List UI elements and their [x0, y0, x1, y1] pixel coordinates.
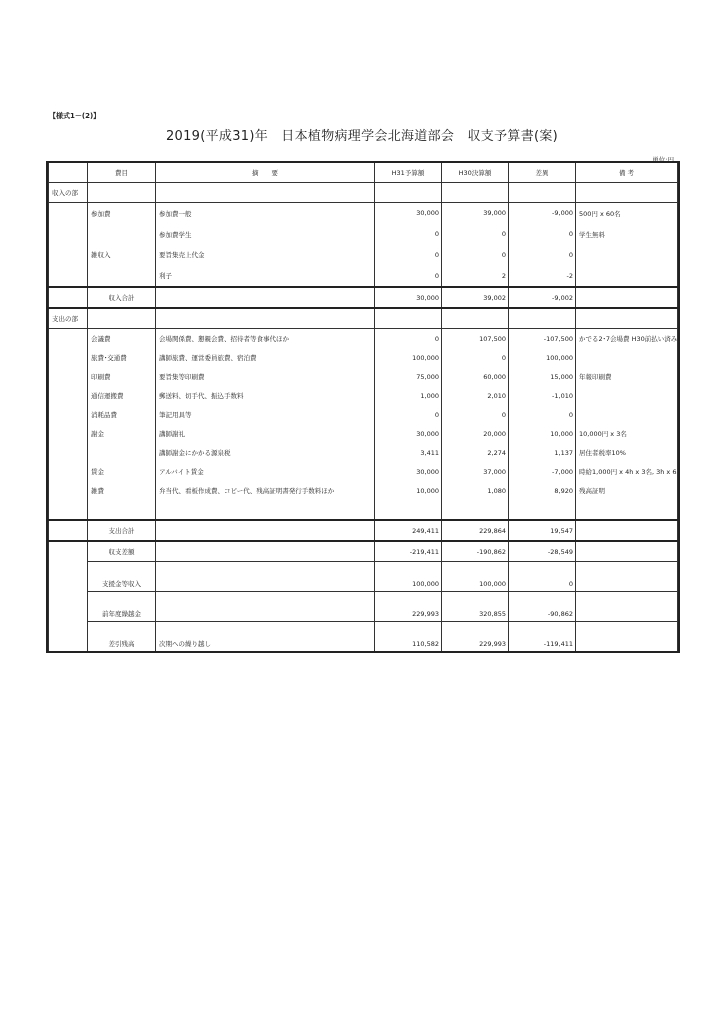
expense-row: 印刷費要旨集等印刷費75,00060,00015,000年報印刷費: [49, 367, 678, 386]
summary-row: 差引残高次期への繰り越し110,582229,993-119,411: [49, 622, 678, 652]
diff-cell: -9,000: [509, 203, 576, 224]
category-cell: 印刷費: [88, 367, 156, 386]
summary-cell: 次期への繰り越し: [156, 622, 375, 652]
h31-cell: 0: [375, 405, 442, 424]
diff-cell: [509, 183, 576, 203]
h30-cell: [442, 183, 509, 203]
section-cell: [49, 481, 88, 500]
income-row: 利子02-2: [49, 265, 678, 287]
diff-cell: -2: [509, 265, 576, 287]
remarks-cell: 居住者税率10%: [576, 443, 678, 462]
section-cell: [49, 443, 88, 462]
diff-cell: 0: [509, 405, 576, 424]
section-cell: [49, 203, 88, 224]
remarks-cell: 時給1,000円 x 4h x 3名, 3h x 6名: [576, 462, 678, 481]
remarks-cell: [576, 622, 678, 652]
summary-cell: 講師謝礼: [156, 424, 375, 443]
income-row: 参加費参加費一般30,00039,000-9,000500円 x 60名: [49, 203, 678, 224]
h30-cell: 60,000: [442, 367, 509, 386]
h30-cell: 107,500: [442, 329, 509, 349]
remarks-cell: [576, 386, 678, 405]
diff-cell: [509, 308, 576, 329]
h31-cell: 110,582: [375, 622, 442, 652]
section-cell: [49, 592, 88, 622]
category-cell: [88, 183, 156, 203]
diff-cell: 100,000: [509, 348, 576, 367]
summary-cell: アルバイト賃金: [156, 462, 375, 481]
summary-cell: 要旨集等印刷費: [156, 367, 375, 386]
expense-spacer-row: [49, 500, 678, 520]
h30-cell: 0: [442, 405, 509, 424]
summary-row-label: 支援金等収入: [88, 562, 156, 592]
summary-cell: 参加費一般: [156, 203, 375, 224]
income-row: 雑収入要旨集売上代金000: [49, 245, 678, 266]
h31-cell: 30,000: [375, 424, 442, 443]
summary-cell: 講師謝金にかかる源泉税: [156, 443, 375, 462]
diff-cell: 19,547: [509, 520, 576, 541]
h30-cell: 39,000: [442, 203, 509, 224]
h31-cell: -219,411: [375, 541, 442, 562]
section-cell: [49, 520, 88, 541]
diff-cell: -107,500: [509, 329, 576, 349]
h31-cell: 30,000: [375, 203, 442, 224]
header-section: [49, 163, 88, 183]
remarks-cell: [576, 405, 678, 424]
header-remarks: 備 考: [576, 163, 678, 183]
remarks-cell: 学生無料: [576, 224, 678, 245]
summary-cell: 利子: [156, 265, 375, 287]
remarks-cell: [576, 592, 678, 622]
category-cell: [88, 224, 156, 245]
section-cell: [49, 329, 88, 349]
h30-cell: 100,000: [442, 562, 509, 592]
remarks-cell: [576, 287, 678, 308]
remarks-cell: [576, 562, 678, 592]
section-cell: [49, 287, 88, 308]
h31-cell: 1,000: [375, 386, 442, 405]
diff-cell: 1,137: [509, 443, 576, 462]
remarks-cell: [576, 348, 678, 367]
category-cell: 雑費: [88, 481, 156, 500]
remarks-cell: [576, 245, 678, 266]
section-cell: [49, 224, 88, 245]
h30-cell: 2: [442, 265, 509, 287]
income-section-label: 収入の部: [49, 183, 88, 203]
expense-total-label: 支出合計: [88, 520, 156, 541]
h30-cell: 229,993: [442, 622, 509, 652]
h31-cell: 249,411: [375, 520, 442, 541]
summary-cell: 会場関係費、懇親会費、招待者等食事代ほか: [156, 329, 375, 349]
h31-cell: 100,000: [375, 348, 442, 367]
summary-cell: [156, 183, 375, 203]
expense-total-row: 支出合計249,411229,86419,547: [49, 520, 678, 541]
summary-cell: 要旨集売上代金: [156, 245, 375, 266]
section-cell: [49, 562, 88, 592]
expense-row: 賃金アルバイト賃金30,00037,000-7,000時給1,000円 x 4h…: [49, 462, 678, 481]
income-total-row: 収入合計30,00039,002-9,002: [49, 287, 678, 308]
h30-cell: [442, 308, 509, 329]
budget-table: 費目 摘 要 H31予算額 H30決算額 差異 備 考 収入の部参加費参加費一般…: [48, 163, 678, 651]
summary-row-label: 差引残高: [88, 622, 156, 652]
h31-cell: 10,000: [375, 481, 442, 500]
form-id: 【様式1－(2)】: [49, 111, 100, 121]
expense-section-label: 支出の部: [49, 308, 88, 329]
diff-cell: 15,000: [509, 367, 576, 386]
h30-cell: 1,080: [442, 481, 509, 500]
remarks-cell: [576, 183, 678, 203]
expense-row: 消耗品費筆記用具等000: [49, 405, 678, 424]
summary-cell: 弁当代、看板作成費、コピー代、残高証明書発行手数料ほか: [156, 481, 375, 500]
remarks-cell: 10,000円 x 3名: [576, 424, 678, 443]
h31-cell: 3,411: [375, 443, 442, 462]
h30-cell: 20,000: [442, 424, 509, 443]
summary-cell: [156, 287, 375, 308]
expense-row: 通信運搬費郵送料、切手代、振込手数料1,0002,010-1,010: [49, 386, 678, 405]
category-cell: [88, 500, 156, 520]
h30-cell: [442, 500, 509, 520]
expense-row: 謝金講師謝礼30,00020,00010,00010,000円 x 3名: [49, 424, 678, 443]
category-cell: 消耗品費: [88, 405, 156, 424]
h31-cell: [375, 183, 442, 203]
summary-cell: [156, 541, 375, 562]
h30-cell: 0: [442, 348, 509, 367]
diff-cell: 0: [509, 245, 576, 266]
category-cell: [88, 265, 156, 287]
section-cell: [49, 500, 88, 520]
h31-cell: [375, 308, 442, 329]
category-cell: [88, 443, 156, 462]
category-cell: 賃金: [88, 462, 156, 481]
h30-cell: 320,855: [442, 592, 509, 622]
expense-row: 雑費弁当代、看板作成費、コピー代、残高証明書発行手数料ほか10,0001,080…: [49, 481, 678, 500]
remarks-cell: [576, 308, 678, 329]
header-h31-budget: H31予算額: [375, 163, 442, 183]
section-cell: [49, 462, 88, 481]
section-cell: [49, 386, 88, 405]
section-cell: [49, 367, 88, 386]
summary-cell: [156, 592, 375, 622]
remarks-cell: [576, 265, 678, 287]
category-cell: 雑収入: [88, 245, 156, 266]
header-h30-settled: H30決算額: [442, 163, 509, 183]
remarks-cell: [576, 541, 678, 562]
category-cell: 謝金: [88, 424, 156, 443]
h31-cell: 75,000: [375, 367, 442, 386]
summary-cell: [156, 562, 375, 592]
summary-row: 前年度繰越金229,993320,855-90,862: [49, 592, 678, 622]
category-cell: 参加費: [88, 203, 156, 224]
h31-cell: 0: [375, 265, 442, 287]
diff-cell: 8,920: [509, 481, 576, 500]
summary-cell: 筆記用具等: [156, 405, 375, 424]
header-difference: 差異: [509, 163, 576, 183]
h30-cell: 2,010: [442, 386, 509, 405]
document-title: 2019(平成31)年 日本植物病理学会北海道部会 収支予算書(案): [0, 125, 724, 144]
section-cell: [49, 245, 88, 266]
diff-cell: 0: [509, 224, 576, 245]
remarks-cell: 500円 x 60名: [576, 203, 678, 224]
h31-cell: 0: [375, 329, 442, 349]
h31-cell: 30,000: [375, 287, 442, 308]
expense-row: 会議費会場関係費、懇親会費、招待者等食事代ほか0107,500-107,500か…: [49, 329, 678, 349]
section-cell: [49, 348, 88, 367]
summary-cell: [156, 500, 375, 520]
section-cell: [49, 541, 88, 562]
h30-cell: 39,002: [442, 287, 509, 308]
diff-cell: -9,002: [509, 287, 576, 308]
remarks-cell: 残高証明: [576, 481, 678, 500]
remarks-cell: かでる2･7会場費 H30前払い済み: [576, 329, 678, 349]
diff-cell: -90,862: [509, 592, 576, 622]
diff-cell: 0: [509, 562, 576, 592]
h30-cell: -190,862: [442, 541, 509, 562]
h30-cell: 229,864: [442, 520, 509, 541]
diff-cell: 10,000: [509, 424, 576, 443]
h31-cell: [375, 500, 442, 520]
section-cell: [49, 265, 88, 287]
summary-cell: 郵送料、切手代、振込手数料: [156, 386, 375, 405]
summary-row: 収支差額-219,411-190,862-28,549: [49, 541, 678, 562]
section-cell: [49, 424, 88, 443]
header-summary: 摘 要: [156, 163, 375, 183]
summary-row: 支援金等収入100,000100,0000: [49, 562, 678, 592]
h30-cell: 0: [442, 224, 509, 245]
income-total-label: 収入合計: [88, 287, 156, 308]
remarks-cell: [576, 500, 678, 520]
category-cell: 旅費･交通費: [88, 348, 156, 367]
header-row: 費目 摘 要 H31予算額 H30決算額 差異 備 考: [49, 163, 678, 183]
header-category: 費目: [88, 163, 156, 183]
diff-cell: -28,549: [509, 541, 576, 562]
diff-cell: -1,010: [509, 386, 576, 405]
remarks-cell: [576, 520, 678, 541]
summary-cell: 参加費学生: [156, 224, 375, 245]
h31-cell: 100,000: [375, 562, 442, 592]
h30-cell: 37,000: [442, 462, 509, 481]
h30-cell: 0: [442, 245, 509, 266]
summary-row-label: 前年度繰越金: [88, 592, 156, 622]
expense-section-row: 支出の部: [49, 308, 678, 329]
section-cell: [49, 405, 88, 424]
expense-row: 講師謝金にかかる源泉税3,4112,2741,137居住者税率10%: [49, 443, 678, 462]
section-cell: [49, 622, 88, 652]
category-cell: 会議費: [88, 329, 156, 349]
diff-cell: -7,000: [509, 462, 576, 481]
h31-cell: 229,993: [375, 592, 442, 622]
h30-cell: 2,274: [442, 443, 509, 462]
category-cell: [88, 308, 156, 329]
h31-cell: 30,000: [375, 462, 442, 481]
diff-cell: [509, 500, 576, 520]
diff-cell: -119,411: [509, 622, 576, 652]
category-cell: 通信運搬費: [88, 386, 156, 405]
summary-row-label: 収支差額: [88, 541, 156, 562]
remarks-cell: 年報印刷費: [576, 367, 678, 386]
summary-cell: 講師旅費、運営委員旅費、宿泊費: [156, 348, 375, 367]
h31-cell: 0: [375, 245, 442, 266]
income-row: 参加費学生000学生無料: [49, 224, 678, 245]
summary-cell: [156, 308, 375, 329]
income-section-row: 収入の部: [49, 183, 678, 203]
summary-cell: [156, 520, 375, 541]
expense-row: 旅費･交通費講師旅費、運営委員旅費、宿泊費100,0000100,000: [49, 348, 678, 367]
h31-cell: 0: [375, 224, 442, 245]
